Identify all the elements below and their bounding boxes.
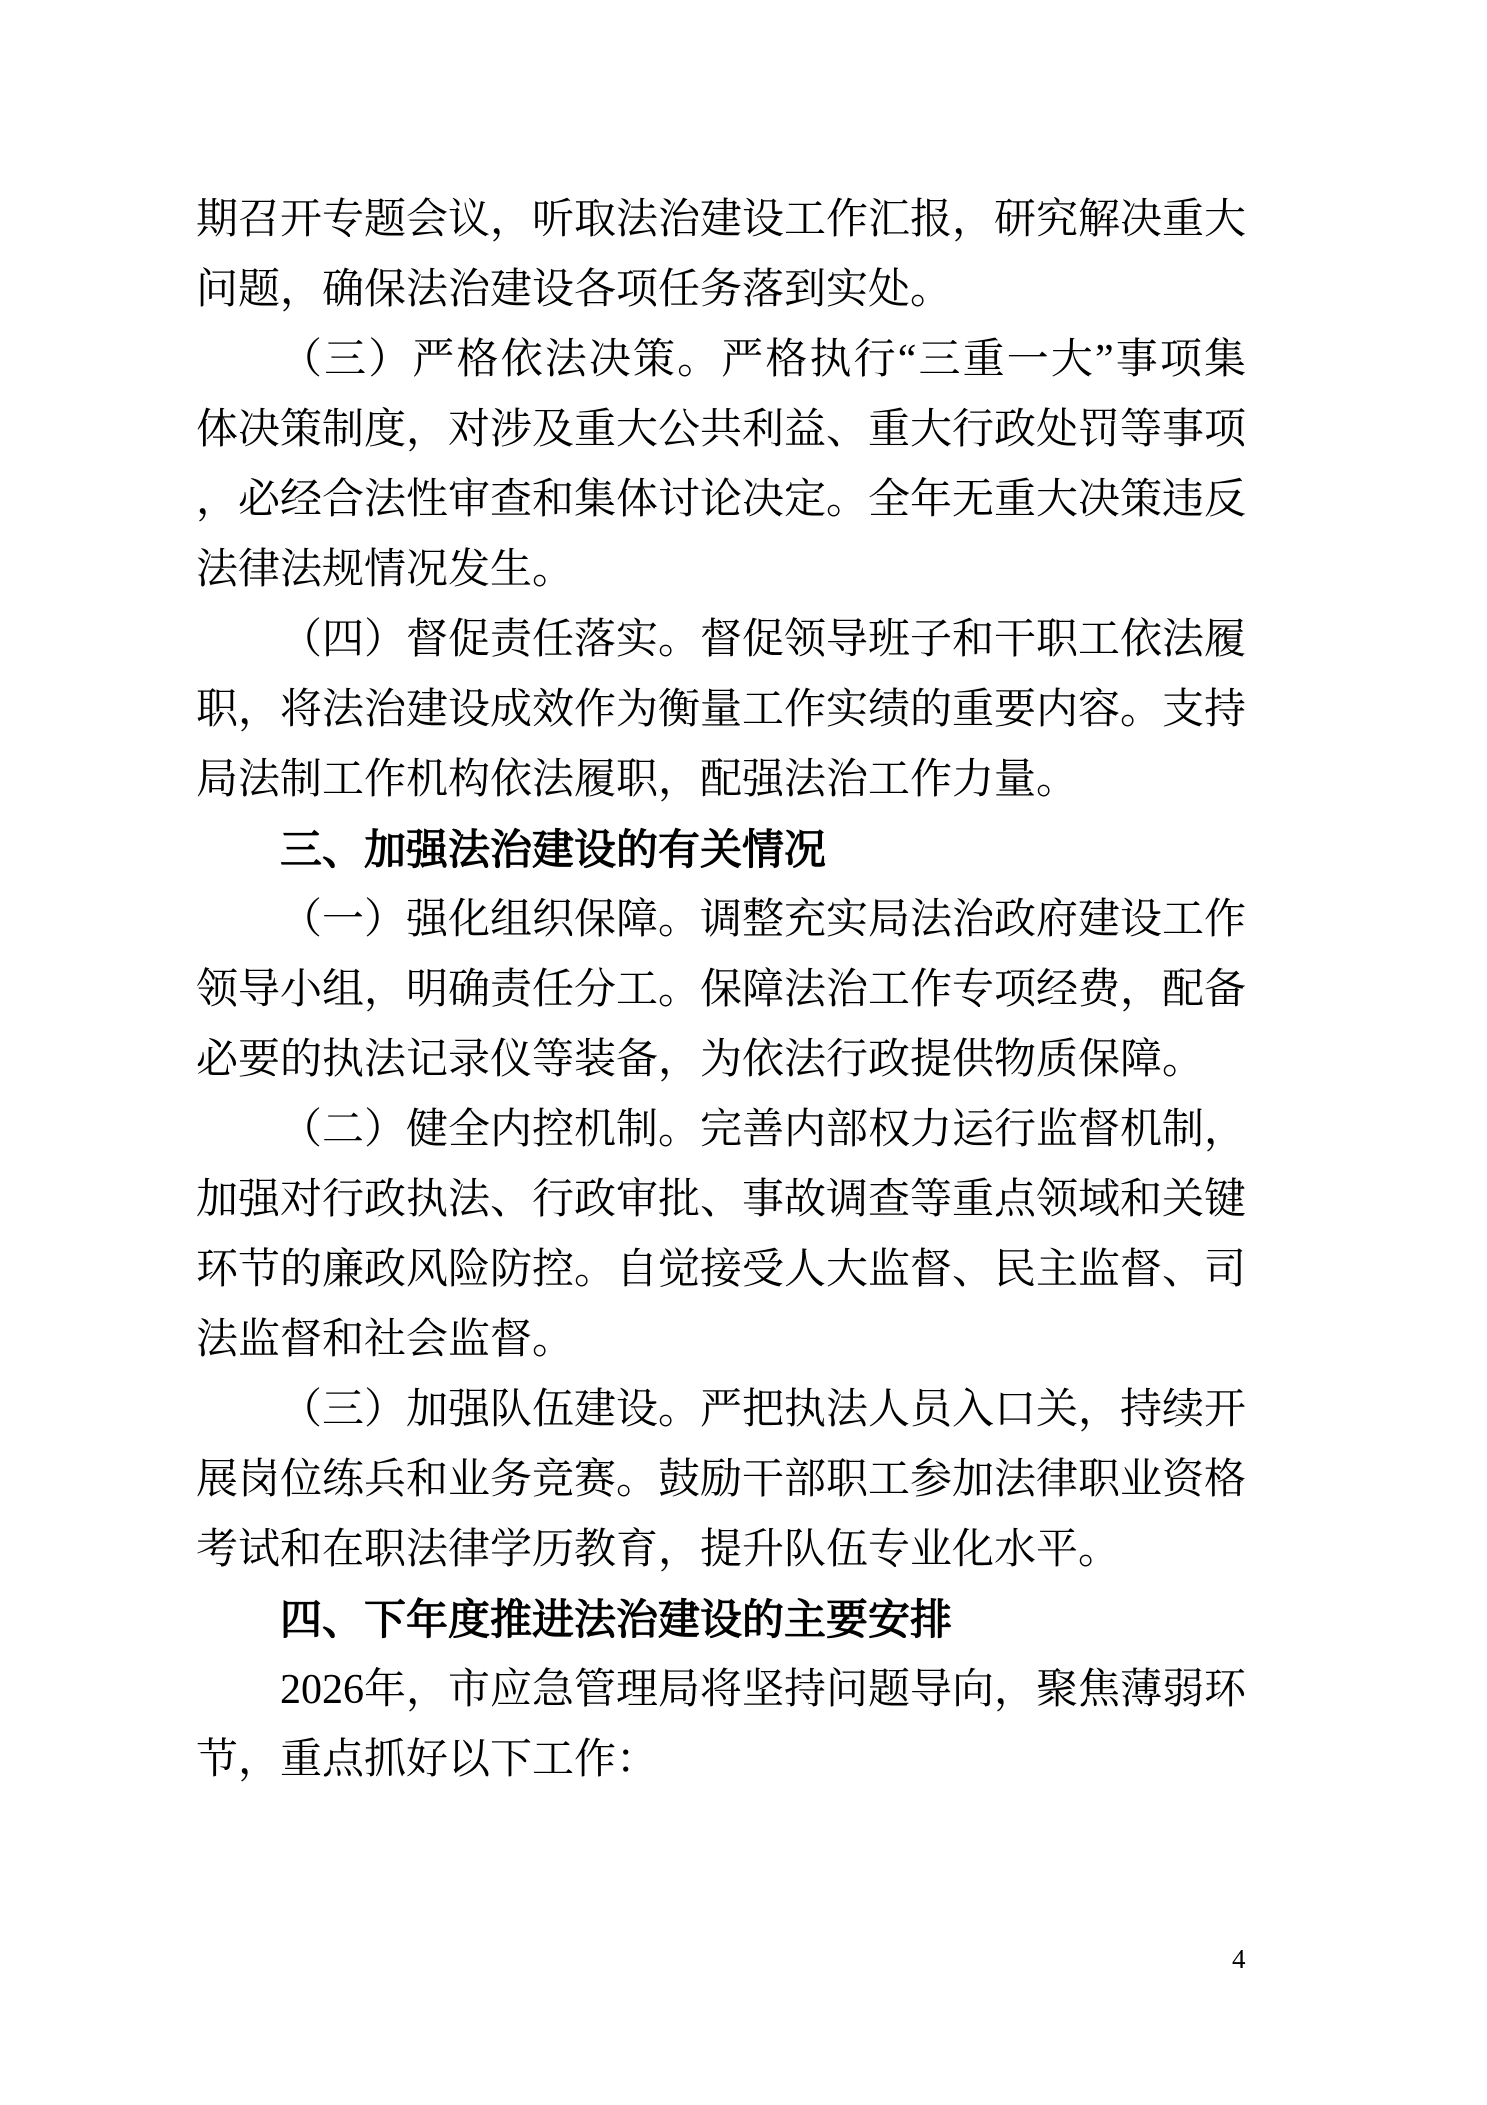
text-line: 法监督和社会监督。 — [196, 1305, 1246, 1375]
text-line: 加强对行政执法、行政审批、事故调查等重点领域和关键 — [196, 1165, 1246, 1235]
text-line: 2026年，市应急管理局将坚持问题导向，聚焦薄弱环 — [196, 1655, 1246, 1725]
text-line: 节，重点抓好以下工作： — [196, 1725, 1246, 1795]
text-line: （三）严格依法决策。严格执行“三重一大”事项集 — [196, 325, 1246, 395]
page-number: 4 — [1232, 1942, 1246, 1976]
text-line: 法律法规情况发生。 — [196, 535, 1246, 605]
text-line: （四）督促责任落实。督促领导班子和干职工依法履 — [196, 605, 1246, 675]
text-line: （一）强化组织保障。调整充实局法治政府建设工作 — [196, 885, 1246, 955]
text-line: 问题，确保法治建设各项任务落到实处。 — [196, 255, 1246, 325]
section-heading: 四、下年度推进法治建设的主要安排 — [196, 1585, 1246, 1655]
text-line: 考试和在职法律学历教育，提升队伍专业化水平。 — [196, 1515, 1246, 1585]
section-heading: 三、加强法治建设的有关情况 — [196, 815, 1246, 885]
text-line: 展岗位练兵和业务竞赛。鼓励干部职工参加法律职业资格 — [196, 1445, 1246, 1515]
text-line: ，必经合法性审查和集体讨论决定。全年无重大决策违反 — [196, 465, 1246, 535]
text-line: 体决策制度，对涉及重大公共利益、重大行政处罚等事项 — [196, 395, 1246, 465]
document-page: 期召开专题会议，听取法治建设工作汇报，研究解决重大问题，确保法治建设各项任务落到… — [0, 0, 1487, 2105]
text-line: （三）加强队伍建设。严把执法人员入口关，持续开 — [196, 1375, 1246, 1445]
text-line: 局法制工作机构依法履职，配强法治工作力量。 — [196, 745, 1246, 815]
text-line: （二）健全内控机制。完善内部权力运行监督机制， — [196, 1095, 1246, 1165]
text-line: 领导小组，明确责任分工。保障法治工作专项经费，配备 — [196, 955, 1246, 1025]
text-line: 职，将法治建设成效作为衡量工作实绩的重要内容。支持 — [196, 675, 1246, 745]
document-body: 期召开专题会议，听取法治建设工作汇报，研究解决重大问题，确保法治建设各项任务落到… — [196, 185, 1246, 1795]
text-line: 环节的廉政风险防控。自觉接受人大监督、民主监督、司 — [196, 1235, 1246, 1305]
text-line: 期召开专题会议，听取法治建设工作汇报，研究解决重大 — [196, 185, 1246, 255]
text-line: 必要的执法记录仪等装备，为依法行政提供物质保障。 — [196, 1025, 1246, 1095]
